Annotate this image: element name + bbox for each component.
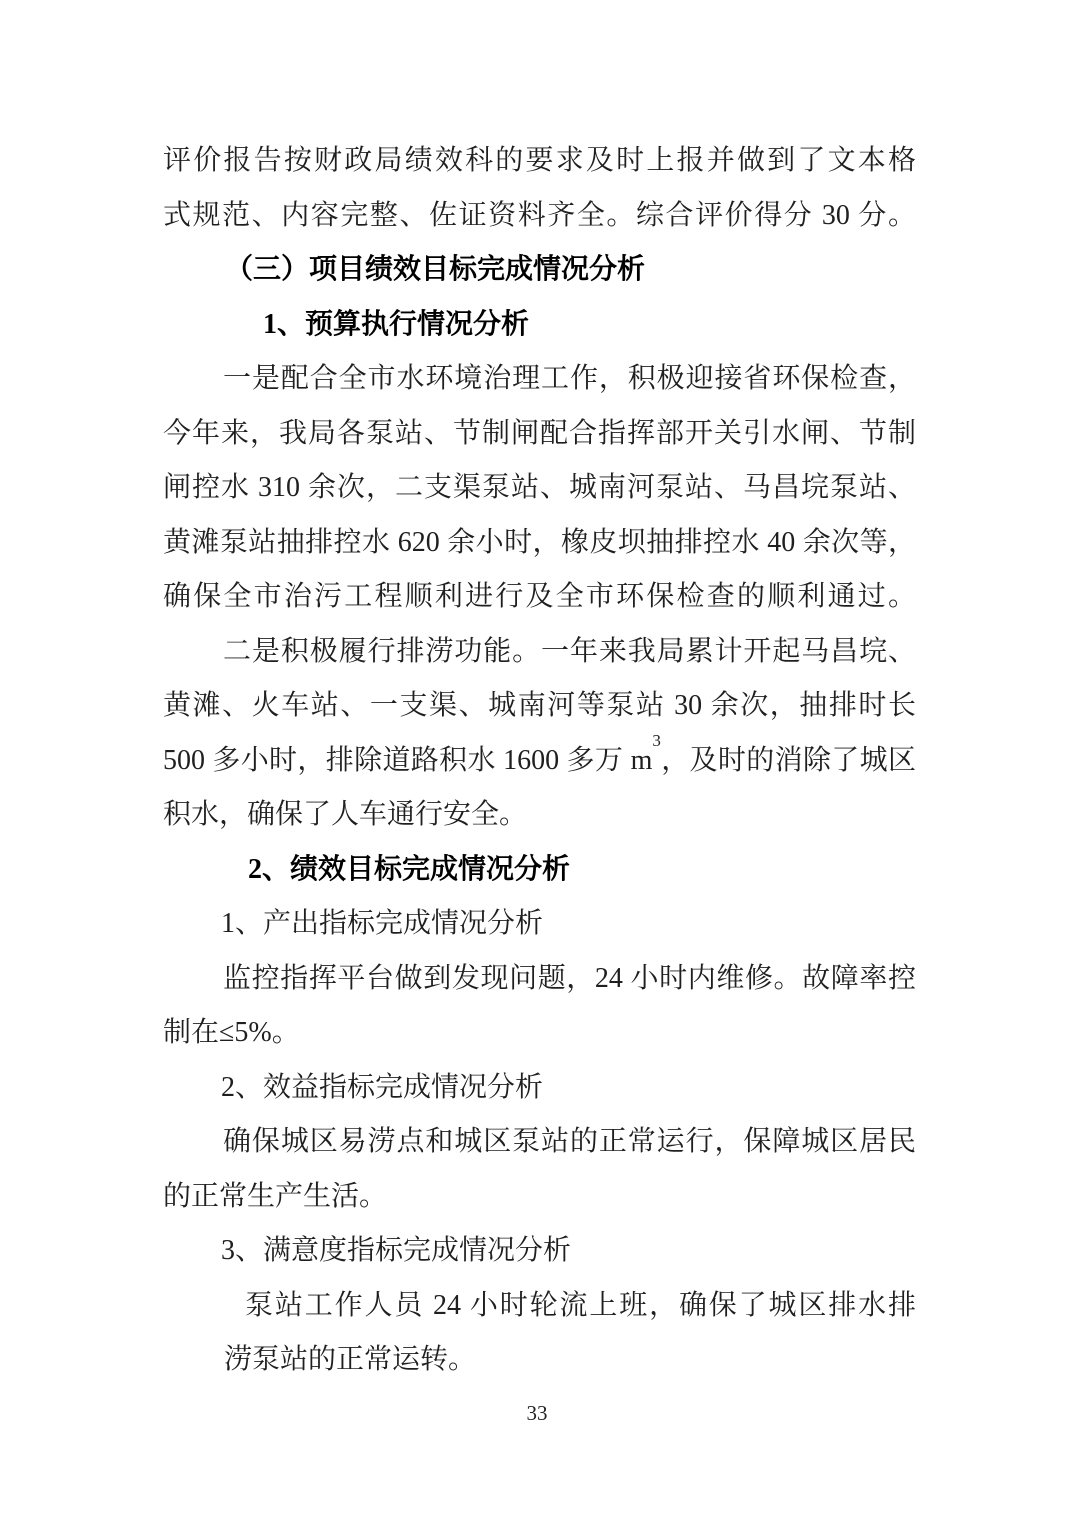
text-line: 今年来，我局各泵站、节制闸配合指挥部开关引水闸、节制 (163, 407, 916, 462)
text-line: 涝泵站的正常运转。 (224, 1333, 916, 1388)
text-line: 评价报告按财政局绩效科的要求及时上报并做到了文本格 (163, 134, 916, 189)
document-page: 评价报告按财政局绩效科的要求及时上报并做到了文本格式规范、内容完整、佐证资料齐全… (0, 0, 1074, 1520)
sub-item-heading: 2、效益指标完成情况分析 (163, 1061, 916, 1116)
numbered-heading: 1、预算执行情况分析 (163, 298, 916, 353)
text-line: 的正常生产生活。 (163, 1170, 916, 1225)
text-line: 式规范、内容完整、佐证资料齐全。综合评价得分 30 分。 (163, 189, 916, 244)
text-line: 500 多小时，排除道路积水 1600 多万 m3，及时的消除了城区 (163, 734, 916, 789)
text-line: 确保全市治污工程顺利进行及全市环保检查的顺利通过。 (163, 570, 916, 625)
text-line: 黄滩、火车站、一支渠、城南河等泵站 30 余次，抽排时长 (163, 679, 916, 734)
sub-item-heading: 3、满意度指标完成情况分析 (163, 1224, 916, 1279)
text-line: 积水，确保了人车通行安全。 (163, 788, 916, 843)
text-line: 确保城区易涝点和城区泵站的正常运行，保障城区居民 (163, 1115, 916, 1170)
numbered-heading: 2、绩效目标完成情况分析 (163, 843, 916, 898)
text-line: 二是积极履行排涝功能。一年来我局累计开起马昌垸、 (163, 625, 916, 680)
text-line: 制在≤5%。 (163, 1006, 916, 1061)
text-line: 黄滩泵站抽排控水 620 余小时，橡皮坝抽排控水 40 余次等， (163, 516, 916, 571)
sub-item-heading: 1、产出指标完成情况分析 (163, 897, 916, 952)
page-number: 33 (0, 1398, 1074, 1428)
superscript: 3 (652, 731, 661, 750)
text-line: 监控指挥平台做到发现问题，24 小时内维修。故障率控 (163, 952, 916, 1007)
text-line: 泵站工作人员 24 小时轮流上班，确保了城区排水排 (224, 1279, 916, 1334)
text-line: 一是配合全市水环境治理工作，积极迎接省环保检查， (163, 352, 916, 407)
section-heading: （三）项目绩效目标完成情况分析 (163, 243, 916, 298)
document-body: 评价报告按财政局绩效科的要求及时上报并做到了文本格式规范、内容完整、佐证资料齐全… (163, 134, 916, 1388)
text-line: 闸控水 310 余次，二支渠泵站、城南河泵站、马昌垸泵站、 (163, 461, 916, 516)
